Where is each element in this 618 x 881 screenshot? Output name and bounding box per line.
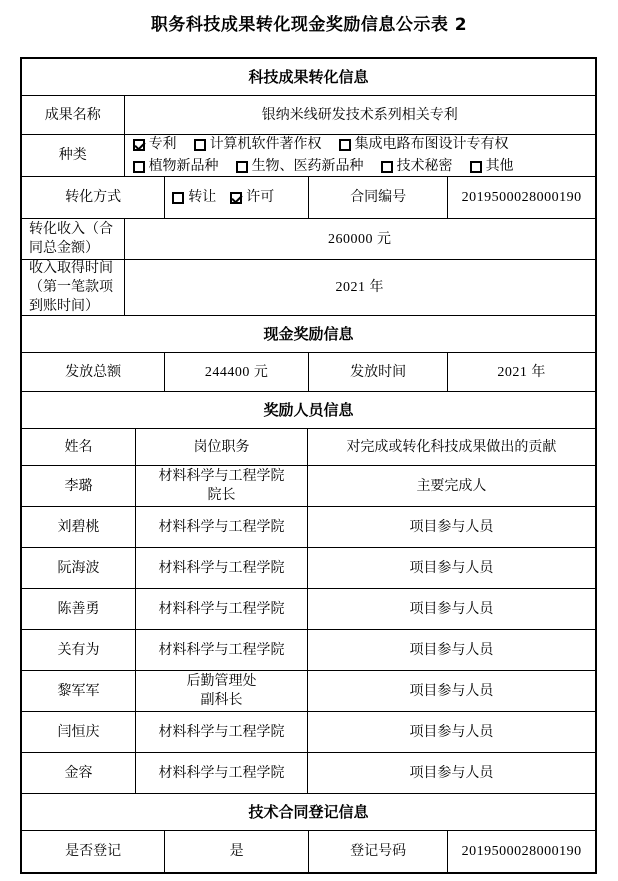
table-row: 是否登记 是 登记号码 2019500028000190	[22, 831, 595, 872]
transform-mode-option-label: 许可	[246, 188, 274, 207]
category-label: 种类	[22, 135, 125, 176]
table-row: 转化收入（合同总金额） 260000 元	[22, 219, 595, 260]
table-row: 技术合同登记信息	[22, 794, 595, 831]
registration-no-value: 2019500028000190	[448, 831, 595, 872]
person-contribution: 项目参与人员	[308, 548, 595, 588]
checkbox-unchecked-icon	[172, 192, 184, 204]
category-option: 专利	[133, 135, 177, 154]
section-header-transformation-info: 科技成果转化信息	[22, 59, 595, 95]
checkbox-unchecked-icon	[339, 139, 351, 151]
person-name: 黎军军	[22, 671, 136, 711]
person-name: 阮海波	[22, 548, 136, 588]
section-header-contract-registration: 技术合同登记信息	[22, 794, 595, 830]
table-row: 黎军军 后勤管理处 副科长 项目参与人员	[22, 671, 595, 712]
transform-mode-options-cell: 转让 许可	[165, 177, 309, 218]
category-options-line2: 植物新品种 生物、医药新品种 技术秘密 其他	[133, 157, 514, 176]
table-row: 科技成果转化信息	[22, 59, 595, 96]
table-row: 闫恒庆 材料科学与工程学院 项目参与人员	[22, 712, 595, 753]
category-option: 技术秘密	[381, 157, 453, 176]
category-option-label: 植物新品种	[149, 157, 219, 176]
category-option-label: 计算机软件著作权	[210, 135, 322, 154]
table-row: 陈善勇 材料科学与工程学院 项目参与人员	[22, 589, 595, 630]
category-option: 生物、医药新品种	[236, 157, 364, 176]
income-time-label: 收入取得时间（第一笔款项到账时间）	[22, 260, 125, 315]
category-option: 集成电路布图设计专有权	[339, 135, 509, 154]
table-row: 发放总额 244400 元 发放时间 2021 年	[22, 353, 595, 392]
checkbox-checked-icon	[133, 139, 145, 151]
page: 职务科技成果转化现金奖励信息公示表 2 科技成果转化信息 成果名称 银纳米线研发…	[0, 0, 618, 881]
transform-mode-option: 许可	[230, 188, 274, 207]
income-time-value: 2021 年	[125, 260, 595, 315]
person-name: 闫恒庆	[22, 712, 136, 752]
table-row: 奖励人员信息	[22, 392, 595, 429]
person-contribution: 项目参与人员	[308, 589, 595, 629]
total-amount-label: 发放总额	[22, 353, 165, 391]
table-row: 关有为 材料科学与工程学院 项目参与人员	[22, 630, 595, 671]
category-option-label: 生物、医药新品种	[252, 157, 364, 176]
category-option-label: 其他	[486, 157, 514, 176]
table-header-row: 姓名 岗位职务 对完成或转化科技成果做出的贡献	[22, 429, 595, 466]
category-options-cell: 专利 计算机软件著作权 集成电路布图设计专有权 植物新品种	[125, 135, 595, 176]
column-header-contribution: 对完成或转化科技成果做出的贡献	[308, 429, 595, 465]
category-option: 植物新品种	[133, 157, 219, 176]
category-option: 计算机软件著作权	[194, 135, 322, 154]
person-name: 李璐	[22, 466, 136, 506]
person-position: 后勤管理处 副科长	[136, 671, 308, 711]
transform-mode-option: 转让	[172, 188, 216, 207]
person-position: 材料科学与工程学院	[136, 589, 308, 629]
contract-no-label: 合同编号	[309, 177, 448, 218]
person-position: 材料科学与工程学院 院长	[136, 466, 308, 506]
person-name: 金容	[22, 753, 136, 793]
table-row: 转化方式 转让 许可 合同编号 2019500028000190	[22, 177, 595, 219]
income-label: 转化收入（合同总金额）	[22, 219, 125, 259]
result-name-label: 成果名称	[22, 96, 125, 134]
person-contribution: 项目参与人员	[308, 712, 595, 752]
person-name: 刘碧桃	[22, 507, 136, 547]
table-row: 刘碧桃 材料科学与工程学院 项目参与人员	[22, 507, 595, 548]
contract-no-value: 2019500028000190	[448, 177, 595, 218]
registration-no-label: 登记号码	[309, 831, 448, 872]
person-position: 材料科学与工程学院	[136, 753, 308, 793]
category-options-line1: 专利 计算机软件著作权 集成电路布图设计专有权	[133, 135, 509, 154]
section-header-personnel: 奖励人员信息	[22, 392, 595, 428]
person-position: 材料科学与工程学院	[136, 548, 308, 588]
category-option-label: 技术秘密	[397, 157, 453, 176]
checkbox-unchecked-icon	[194, 139, 206, 151]
transform-mode-option-label: 转让	[188, 188, 216, 207]
grant-time-label: 发放时间	[309, 353, 448, 391]
checkbox-unchecked-icon	[470, 161, 482, 173]
person-contribution: 项目参与人员	[308, 630, 595, 670]
total-amount-value: 244400 元	[165, 353, 309, 391]
grant-time-value: 2021 年	[448, 353, 595, 391]
table-row: 李璐 材料科学与工程学院 院长 主要完成人	[22, 466, 595, 507]
table-row: 现金奖励信息	[22, 316, 595, 353]
checkbox-unchecked-icon	[381, 161, 393, 173]
person-position: 材料科学与工程学院	[136, 630, 308, 670]
person-name: 陈善勇	[22, 589, 136, 629]
table-row: 成果名称 银纳米线研发技术系列相关专利	[22, 96, 595, 135]
transform-mode-label: 转化方式	[22, 177, 165, 218]
disclosure-table: 科技成果转化信息 成果名称 银纳米线研发技术系列相关专利 种类 专利 计算机软件…	[20, 57, 597, 874]
person-contribution: 项目参与人员	[308, 507, 595, 547]
table-row: 种类 专利 计算机软件著作权 集成电路布图设计专有权	[22, 135, 595, 177]
person-position: 材料科学与工程学院	[136, 712, 308, 752]
registered-label: 是否登记	[22, 831, 165, 872]
person-name: 关有为	[22, 630, 136, 670]
category-option-label: 集成电路布图设计专有权	[355, 135, 509, 154]
person-contribution: 主要完成人	[308, 466, 595, 506]
checkbox-checked-icon	[230, 192, 242, 204]
person-contribution: 项目参与人员	[308, 753, 595, 793]
table-row: 金容 材料科学与工程学院 项目参与人员	[22, 753, 595, 794]
category-option-label: 专利	[149, 135, 177, 154]
column-header-position: 岗位职务	[136, 429, 308, 465]
checkbox-unchecked-icon	[133, 161, 145, 173]
registered-value: 是	[165, 831, 309, 872]
person-contribution: 项目参与人员	[308, 671, 595, 711]
checkbox-unchecked-icon	[236, 161, 248, 173]
table-row: 收入取得时间（第一笔款项到账时间） 2021 年	[22, 260, 595, 316]
result-name-value: 银纳米线研发技术系列相关专利	[125, 96, 595, 134]
section-header-cash-reward: 现金奖励信息	[22, 316, 595, 352]
column-header-name: 姓名	[22, 429, 136, 465]
table-row: 阮海波 材料科学与工程学院 项目参与人员	[22, 548, 595, 589]
person-position: 材料科学与工程学院	[136, 507, 308, 547]
category-option: 其他	[470, 157, 514, 176]
income-value: 260000 元	[125, 219, 595, 259]
page-title: 职务科技成果转化现金奖励信息公示表 2	[0, 10, 618, 35]
